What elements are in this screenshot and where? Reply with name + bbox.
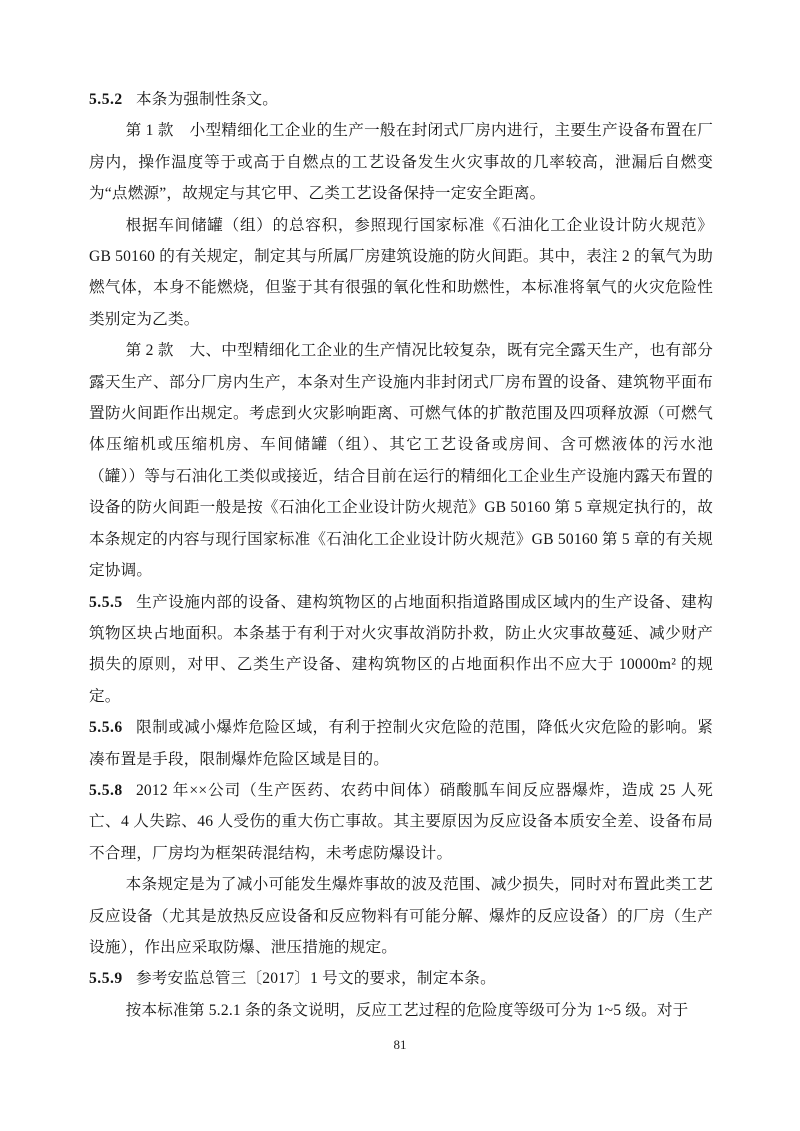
section-number: 5.5.6 — [89, 719, 123, 736]
page-body: 5.5.2本条为强制性条文。第 1 款 小型精细化工企业的生产一般在封闭式厂房内… — [89, 84, 713, 1026]
paragraph: 第 2 款 大、中型精细化工企业的生产情况比较复杂，既有完全露天生产，也有部分露… — [89, 335, 713, 586]
paragraph: 根据车间储罐（组）的总容积，参照现行国家标准《石油化工企业设计防火规范》GB 5… — [89, 210, 713, 336]
paragraph-text: 按本标准第 5.2.1 条的条文说明，反应工艺过程的危险度等级可分为 1~5 级… — [126, 1002, 689, 1019]
paragraph: 5.5.5生产设施内部的设备、建构筑物区的占地面积指道路围成区域内的生产设备、建… — [89, 587, 713, 713]
section-number: 5.5.5 — [89, 594, 123, 611]
paragraph-text: 本条规定是为了减小可能发生爆炸事故的波及范围、减少损失，同时对布置此类工艺反应设… — [89, 876, 713, 956]
paragraph: 第 1 款 小型精细化工企业的生产一般在封闭式厂房内进行，主要生产设备布置在厂房… — [89, 115, 713, 209]
paragraph: 5.5.9参考安监总管三〔2017〕1 号文的要求，制定本条。 — [89, 963, 713, 994]
paragraph-text: 生产设施内部的设备、建构筑物区的占地面积指道路围成区域内的生产设备、建构筑物区块… — [89, 594, 713, 705]
paragraph-text: 2012 年××公司（生产医药、农药中间体）硝酸胍车间反应器爆炸，造成 25 人… — [89, 782, 713, 862]
section-number: 5.5.8 — [89, 782, 123, 799]
section-number: 5.5.9 — [89, 970, 123, 987]
paragraph-text: 限制或减小爆炸危险区域，有利于控制火灾危险的范围，降低火灾危险的影响。紧凑布置是… — [89, 719, 713, 767]
paragraph-text: 参考安监总管三〔2017〕1 号文的要求，制定本条。 — [136, 970, 496, 987]
paragraph-text: 第 2 款 大、中型精细化工企业的生产情况比较复杂，既有完全露天生产，也有部分露… — [89, 342, 713, 579]
page-number: 81 — [0, 1036, 800, 1054]
document-page: 5.5.2本条为强制性条文。第 1 款 小型精细化工企业的生产一般在封闭式厂房内… — [0, 0, 800, 1131]
paragraph: 本条规定是为了减小可能发生爆炸事故的波及范围、减少损失，同时对布置此类工艺反应设… — [89, 869, 713, 963]
paragraph: 5.5.2本条为强制性条文。 — [89, 84, 713, 115]
paragraph: 按本标准第 5.2.1 条的条文说明，反应工艺过程的危险度等级可分为 1~5 级… — [89, 995, 713, 1026]
paragraph-text: 本条为强制性条文。 — [136, 91, 278, 108]
paragraph: 5.5.6限制或减小爆炸危险区域，有利于控制火灾危险的范围，降低火灾危险的影响。… — [89, 712, 713, 775]
section-number: 5.5.2 — [89, 91, 123, 108]
paragraph-text: 第 1 款 小型精细化工企业的生产一般在封闭式厂房内进行，主要生产设备布置在厂房… — [89, 122, 713, 202]
paragraph-text: 根据车间储罐（组）的总容积，参照现行国家标准《石油化工企业设计防火规范》GB 5… — [89, 217, 713, 328]
paragraph: 5.5.82012 年××公司（生产医药、农药中间体）硝酸胍车间反应器爆炸，造成… — [89, 775, 713, 869]
